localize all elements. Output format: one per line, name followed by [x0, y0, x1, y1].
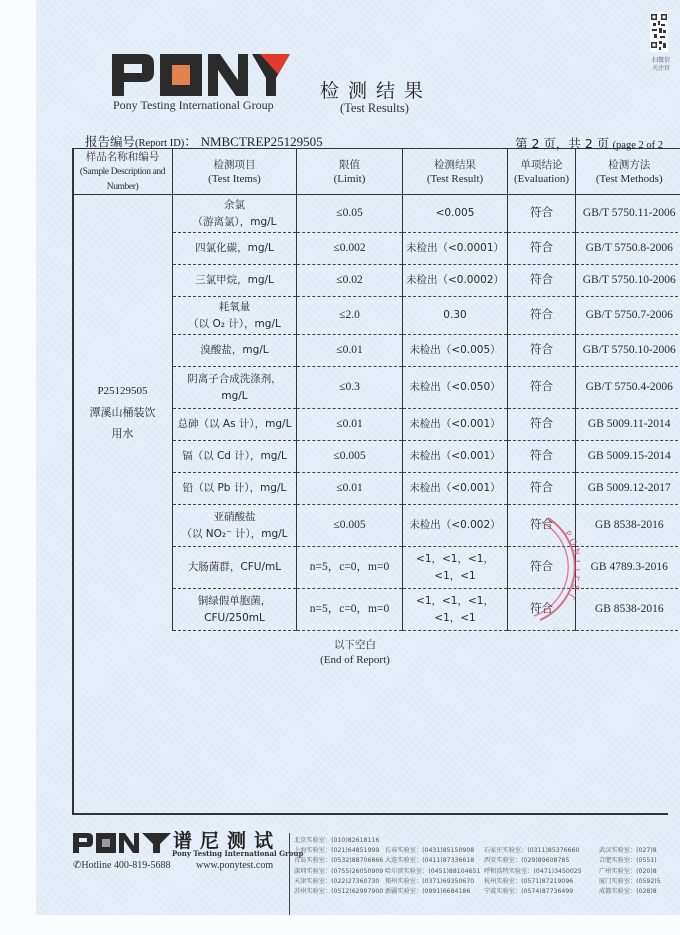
lab-name: 上海实验室 — [294, 847, 325, 854]
lab-phone: (0532)88706866 — [331, 857, 383, 864]
column-header-zh: 检测结果 — [405, 158, 505, 172]
qr-caption-line: 关注官 — [652, 65, 680, 73]
result-cell: <1，<1，<1，<1，<1 — [403, 547, 508, 589]
sample-name: 用水 — [75, 423, 170, 444]
result-cell: 未检出（<0.005） — [403, 335, 508, 367]
lab-phone: (0451)88104651 — [428, 868, 480, 875]
lab-contact: 合肥实验室：(0551) — [599, 856, 657, 866]
result-cell: 0.30 — [403, 297, 508, 335]
lab-contact: 新疆实验室：(0991)6684186 — [385, 887, 470, 897]
result-cell: 未检出（<0.050） — [403, 367, 508, 409]
result-cell-line: <1，<1，<1， — [405, 551, 505, 568]
lab-phone: (021)64851999 — [331, 847, 379, 854]
lab-phone: (020)8 — [636, 868, 657, 875]
lab-name: 石家庄实验室 — [484, 847, 521, 854]
website-link[interactable]: www.ponytest.com — [196, 860, 273, 871]
method-cell: GB 8538-2016 — [576, 589, 680, 631]
report-id-label-zh: 报告编号 — [85, 134, 135, 149]
lab-name: 深圳实验室 — [294, 868, 325, 875]
limit-cell: ≤0.002 — [297, 233, 403, 265]
lab-name: 苏州实验室 — [294, 888, 325, 895]
column-header-zh: 限值 — [299, 158, 400, 172]
method-cell: GB 4789.3-2016 — [576, 547, 680, 589]
end-of-report-note: 以下空白 (End of Report) — [72, 638, 638, 668]
method-cell: GB 8538-2016 — [576, 505, 680, 547]
test-item-cell: 大肠菌群，CFU/mL — [173, 547, 297, 589]
test-results-table: 样品名称和编号(Sample Description and Number) 检… — [72, 148, 680, 631]
lab-contact: 郑州实验室：(0371)69350670 — [385, 877, 474, 887]
column-header-en: (Test Methods) — [596, 173, 663, 185]
brand-tagline: Pony Testing International Group — [113, 98, 274, 113]
lab-name: 呼和浩特实验室 — [484, 868, 527, 875]
lab-name: 郑州实验室 — [385, 878, 416, 885]
limit-cell: ≤2.0 — [297, 297, 403, 335]
test-item-cell-line: 余氯 — [175, 197, 294, 214]
evaluation-cell: 符合 — [508, 547, 576, 589]
method-cell: GB/T 5750.10-2006 — [576, 265, 680, 297]
result-cell-line: 未检出（<0.001） — [405, 480, 505, 497]
lab-name: 广州实验室 — [599, 868, 630, 875]
footer-pony-logo — [72, 832, 172, 854]
lab-contact: 长春实验室：(0431)85150908 — [385, 846, 474, 856]
method-cell: GB 5009.12-2017 — [576, 473, 680, 505]
frame-bottom-border — [72, 813, 668, 815]
lab-phone: (0571)87219096 — [521, 878, 573, 885]
table-row: P25129505潭溪山桶装饮用水余氯（游离氯），mg/L≤0.05<0.005… — [73, 195, 680, 233]
test-item-cell: 亚硝酸盐（以 NO₂⁻ 计），mg/L — [173, 505, 297, 547]
sample-cell: P25129505潭溪山桶装饮用水 — [73, 195, 173, 631]
method-cell: GB/T 5750.7-2006 — [576, 297, 680, 335]
limit-cell: ≤0.005 — [297, 441, 403, 473]
lab-name: 新疆实验室 — [385, 888, 416, 895]
lab-name: 北京实验室 — [294, 837, 325, 844]
qr-code-icon[interactable] — [650, 12, 668, 52]
lab-name: 长春实验室 — [385, 847, 416, 854]
evaluation-cell: 符合 — [508, 441, 576, 473]
table-header-row: 样品名称和编号(Sample Description and Number) 检… — [73, 149, 680, 195]
lab-contact: 哈尔滨实验室：(0451)88104651 — [385, 867, 480, 877]
lab-name: 西安实验室 — [484, 857, 515, 864]
lab-name: 成都实验室 — [599, 888, 630, 895]
document-title: 检测结果 — [320, 76, 432, 103]
footer-brand-en: Pony Testing International Group — [172, 849, 303, 858]
lab-contact: 宁波实验室：(0574)87736499 — [484, 887, 573, 897]
result-cell: 未检出（<0.001） — [403, 409, 508, 441]
lab-phone: (0371)69350670 — [422, 878, 474, 885]
evaluation-cell: 符合 — [508, 233, 576, 265]
report-id-separator: ： — [184, 134, 197, 149]
lab-contact: 苏州实验室：(0512)62997900 — [294, 887, 383, 897]
result-cell-line: <1，<1 — [405, 568, 505, 585]
lab-name: 武汉实验室 — [599, 847, 630, 854]
lab-name: 宁波实验室 — [484, 888, 515, 895]
lab-name: 厦门实验室 — [599, 878, 630, 885]
column-header-en: (Test Result) — [427, 173, 483, 185]
column-header-evaluation: 单项结论(Evaluation) — [508, 149, 576, 195]
test-item-cell: 镉（以 Cd 计），mg/L — [173, 441, 297, 473]
test-item-cell: 总砷（以 As 计），mg/L — [173, 409, 297, 441]
test-item-cell-line: （以 O₂ 计），mg/L — [175, 316, 294, 333]
lab-phone: (0574)87736499 — [521, 888, 573, 895]
method-cell: GB/T 5750.8-2006 — [576, 233, 680, 265]
method-cell: GB/T 5750.11-2006 — [576, 195, 680, 233]
result-cell-line: 未检出（<0.002） — [405, 517, 505, 534]
column-header-sample: 样品名称和编号(Sample Description and Number) — [73, 149, 173, 195]
lab-phone: (0512)62997900 — [331, 888, 383, 895]
result-cell-line: <0.005 — [405, 205, 505, 222]
method-cell: GB 5009.11-2014 — [576, 409, 680, 441]
column-header-zh: 样品名称和编号 — [75, 150, 170, 164]
column-header-zh: 检测项目 — [175, 158, 294, 172]
lab-contact: 天津实验室：(022)27360730 — [294, 877, 379, 887]
lab-contact: 青岛实验室：(0532)88706866 — [294, 856, 383, 866]
lab-contact: 大连实验室：(0411)87336618 — [385, 856, 474, 866]
result-cell-line: <1，<1 — [405, 610, 505, 627]
lab-phone: (0755)26050909 — [331, 868, 383, 875]
result-cell: 未检出（<0.001） — [403, 473, 508, 505]
test-item-cell-line: 溴酸盐，mg/L — [175, 342, 294, 359]
pony-logo — [110, 52, 292, 98]
test-item-cell: 铅（以 Pb 计），mg/L — [173, 473, 297, 505]
test-item-cell: 耗氧量（以 O₂ 计），mg/L — [173, 297, 297, 335]
test-item-cell-line: 亚硝酸盐 — [175, 509, 294, 526]
limit-cell: n=5，c=0，m=0 — [297, 547, 403, 589]
lab-name: 哈尔滨实验室 — [385, 868, 422, 875]
test-item-cell-line: 耗氧量 — [175, 299, 294, 316]
result-cell: 未检出（<0.0001） — [403, 233, 508, 265]
result-cell-line: 未检出（<0.050） — [405, 379, 505, 396]
limit-cell: ≤0.05 — [297, 195, 403, 233]
test-item-cell-line: 三氯甲烷，mg/L — [175, 272, 294, 289]
qr-caption: 扫微信 关注官 — [652, 57, 680, 73]
evaluation-cell: 符合 — [508, 473, 576, 505]
column-header-en: (Sample Description and Number) — [80, 167, 165, 192]
lab-contact: 西安实验室：(029)89608785 — [484, 856, 569, 866]
result-cell-line: 未检出（<0.001） — [405, 416, 505, 433]
hotline: ✆Hotline 400-819-5688 — [73, 860, 171, 871]
test-item-cell-line: （游离氯），mg/L — [175, 214, 294, 231]
column-header-test-methods: 检测方法(Test Methods) — [576, 149, 680, 195]
lab-contact: 厦门实验室：(0592)5 — [599, 877, 661, 887]
evaluation-cell: 符合 — [508, 505, 576, 547]
lab-phone: (022)27360730 — [331, 878, 379, 885]
lab-phone: (0411)87336618 — [422, 857, 474, 864]
limit-cell: ≤0.005 — [297, 505, 403, 547]
result-cell: <0.005 — [403, 195, 508, 233]
lab-contact: 石家庄实验室：(0311)85376660 — [484, 846, 579, 856]
report-id-value: NMBCTREP25129505 — [201, 134, 323, 149]
method-cell: GB/T 5750.10-2006 — [576, 335, 680, 367]
lab-phone: (028)8 — [636, 888, 657, 895]
lab-name: 合肥实验室 — [599, 857, 630, 864]
lab-name: 青岛实验室 — [294, 857, 325, 864]
qr-caption-line: 扫微信 — [652, 57, 680, 65]
result-cell-line: 未检出（<0.005） — [405, 342, 505, 359]
column-header-zh: 单项结论 — [510, 158, 573, 172]
limit-cell: n=5，c=0，m=0 — [297, 589, 403, 631]
lab-name: 杭州实验室 — [484, 878, 515, 885]
limit-cell: ≤0.01 — [297, 473, 403, 505]
result-cell-line: 未检出（<0.0001） — [405, 240, 505, 257]
lab-phone: (0991)6684186 — [422, 888, 470, 895]
lab-contact: 武汉实验室：(027)8 — [599, 846, 657, 856]
lab-contact: 上海实验室：(021)64851999 — [294, 846, 379, 856]
result-cell-line: 未检出（<0.0002） — [405, 272, 505, 289]
test-item-cell: 三氯甲烷，mg/L — [173, 265, 297, 297]
evaluation-cell: 符合 — [508, 367, 576, 409]
lab-contact: 北京实验室：(010)82618116 — [294, 836, 379, 846]
lab-contact: 杭州实验室：(0571)87219096 — [484, 877, 573, 887]
test-item-cell: 阴离子合成洗涤剂，mg/L — [173, 367, 297, 409]
evaluation-cell: 符合 — [508, 335, 576, 367]
result-cell-line: 0.30 — [405, 307, 505, 324]
evaluation-cell: 符合 — [508, 409, 576, 441]
evaluation-cell: 符合 — [508, 195, 576, 233]
column-header-en: (Evaluation) — [514, 173, 569, 185]
test-item-cell-line: 总砷（以 As 计），mg/L — [175, 416, 294, 433]
column-header-test-items: 检测项目(Test Items) — [173, 149, 297, 195]
lab-contact: 成都实验室：(028)8 — [599, 887, 657, 897]
lab-contact: 广州实验室：(020)8 — [599, 867, 657, 877]
result-cell: <1，<1，<1，<1，<1 — [403, 589, 508, 631]
document-subtitle: (Test Results) — [340, 101, 409, 116]
lab-name: 天津实验室 — [294, 878, 325, 885]
limit-cell: ≤0.3 — [297, 367, 403, 409]
column-header-zh: 检测方法 — [578, 158, 680, 172]
result-cell: 未检出（<0.0002） — [403, 265, 508, 297]
test-item-cell-line: 阴离子合成洗涤剂， — [175, 371, 294, 388]
test-item-cell-line: mg/L — [175, 388, 294, 405]
lab-phone: (029)89608785 — [521, 857, 569, 864]
result-cell-line: 未检出（<0.001） — [405, 448, 505, 465]
test-item-cell-line: 大肠菌群，CFU/mL — [175, 559, 294, 576]
lab-phone: (0471)3450025 — [534, 868, 582, 875]
test-item-cell: 溴酸盐，mg/L — [173, 335, 297, 367]
lab-phone: (0592)5 — [636, 878, 661, 885]
evaluation-cell: 符合 — [508, 265, 576, 297]
lab-phone: (0311)85376660 — [527, 847, 579, 854]
lab-phone: (0431)85150908 — [422, 847, 474, 854]
limit-cell: ≤0.02 — [297, 265, 403, 297]
column-header-en: (Test Items) — [208, 173, 261, 185]
test-item-cell-line: 铅（以 Pb 计），mg/L — [175, 480, 294, 497]
method-cell: GB/T 5750.4-2006 — [576, 367, 680, 409]
result-cell: 未检出（<0.002） — [403, 505, 508, 547]
result-cell-line: <1，<1，<1， — [405, 593, 505, 610]
test-item-cell-line: 铜绿假单胞菌， — [175, 593, 294, 610]
end-note-zh: 以下空白 — [72, 638, 638, 653]
lab-contact: 呼和浩特实验室：(0471)3450025 — [484, 867, 582, 877]
sample-number: P25129505 — [75, 381, 170, 402]
limit-cell: ≤0.01 — [297, 409, 403, 441]
evaluation-cell: 符合 — [508, 297, 576, 335]
column-header-test-result: 检测结果(Test Result) — [403, 149, 508, 195]
method-cell: GB 5009.15-2014 — [576, 441, 680, 473]
end-note-en: (End of Report) — [320, 654, 390, 666]
test-item-cell: 四氯化碳，mg/L — [173, 233, 297, 265]
column-header-limit: 限值(Limit) — [297, 149, 403, 195]
lab-phone: (010)82618116 — [331, 837, 379, 844]
lab-contact: 深圳实验室：(0755)26050909 — [294, 867, 383, 877]
lab-phone: (0551) — [636, 857, 657, 864]
lab-phone: (027)8 — [636, 847, 657, 854]
test-item-cell-line: CFU/250mL — [175, 610, 294, 627]
lab-name: 大连实验室 — [385, 857, 416, 864]
test-item-cell-line: 镉（以 Cd 计），mg/L — [175, 448, 294, 465]
limit-cell: ≤0.01 — [297, 335, 403, 367]
hotline-text: Hotline 400-819-5688 — [81, 860, 170, 871]
footer-divider — [289, 833, 290, 915]
test-item-cell-line: （以 NO₂⁻ 计），mg/L — [175, 526, 294, 543]
test-item-cell-line: 四氯化碳，mg/L — [175, 240, 294, 257]
test-item-cell: 余氯（游离氯），mg/L — [173, 195, 297, 233]
result-cell: 未检出（<0.001） — [403, 441, 508, 473]
sample-name: 潭溪山桶装饮 — [75, 402, 170, 423]
evaluation-cell: 符合 — [508, 589, 576, 631]
test-item-cell: 铜绿假单胞菌，CFU/250mL — [173, 589, 297, 631]
column-header-en: (Limit) — [334, 173, 366, 185]
